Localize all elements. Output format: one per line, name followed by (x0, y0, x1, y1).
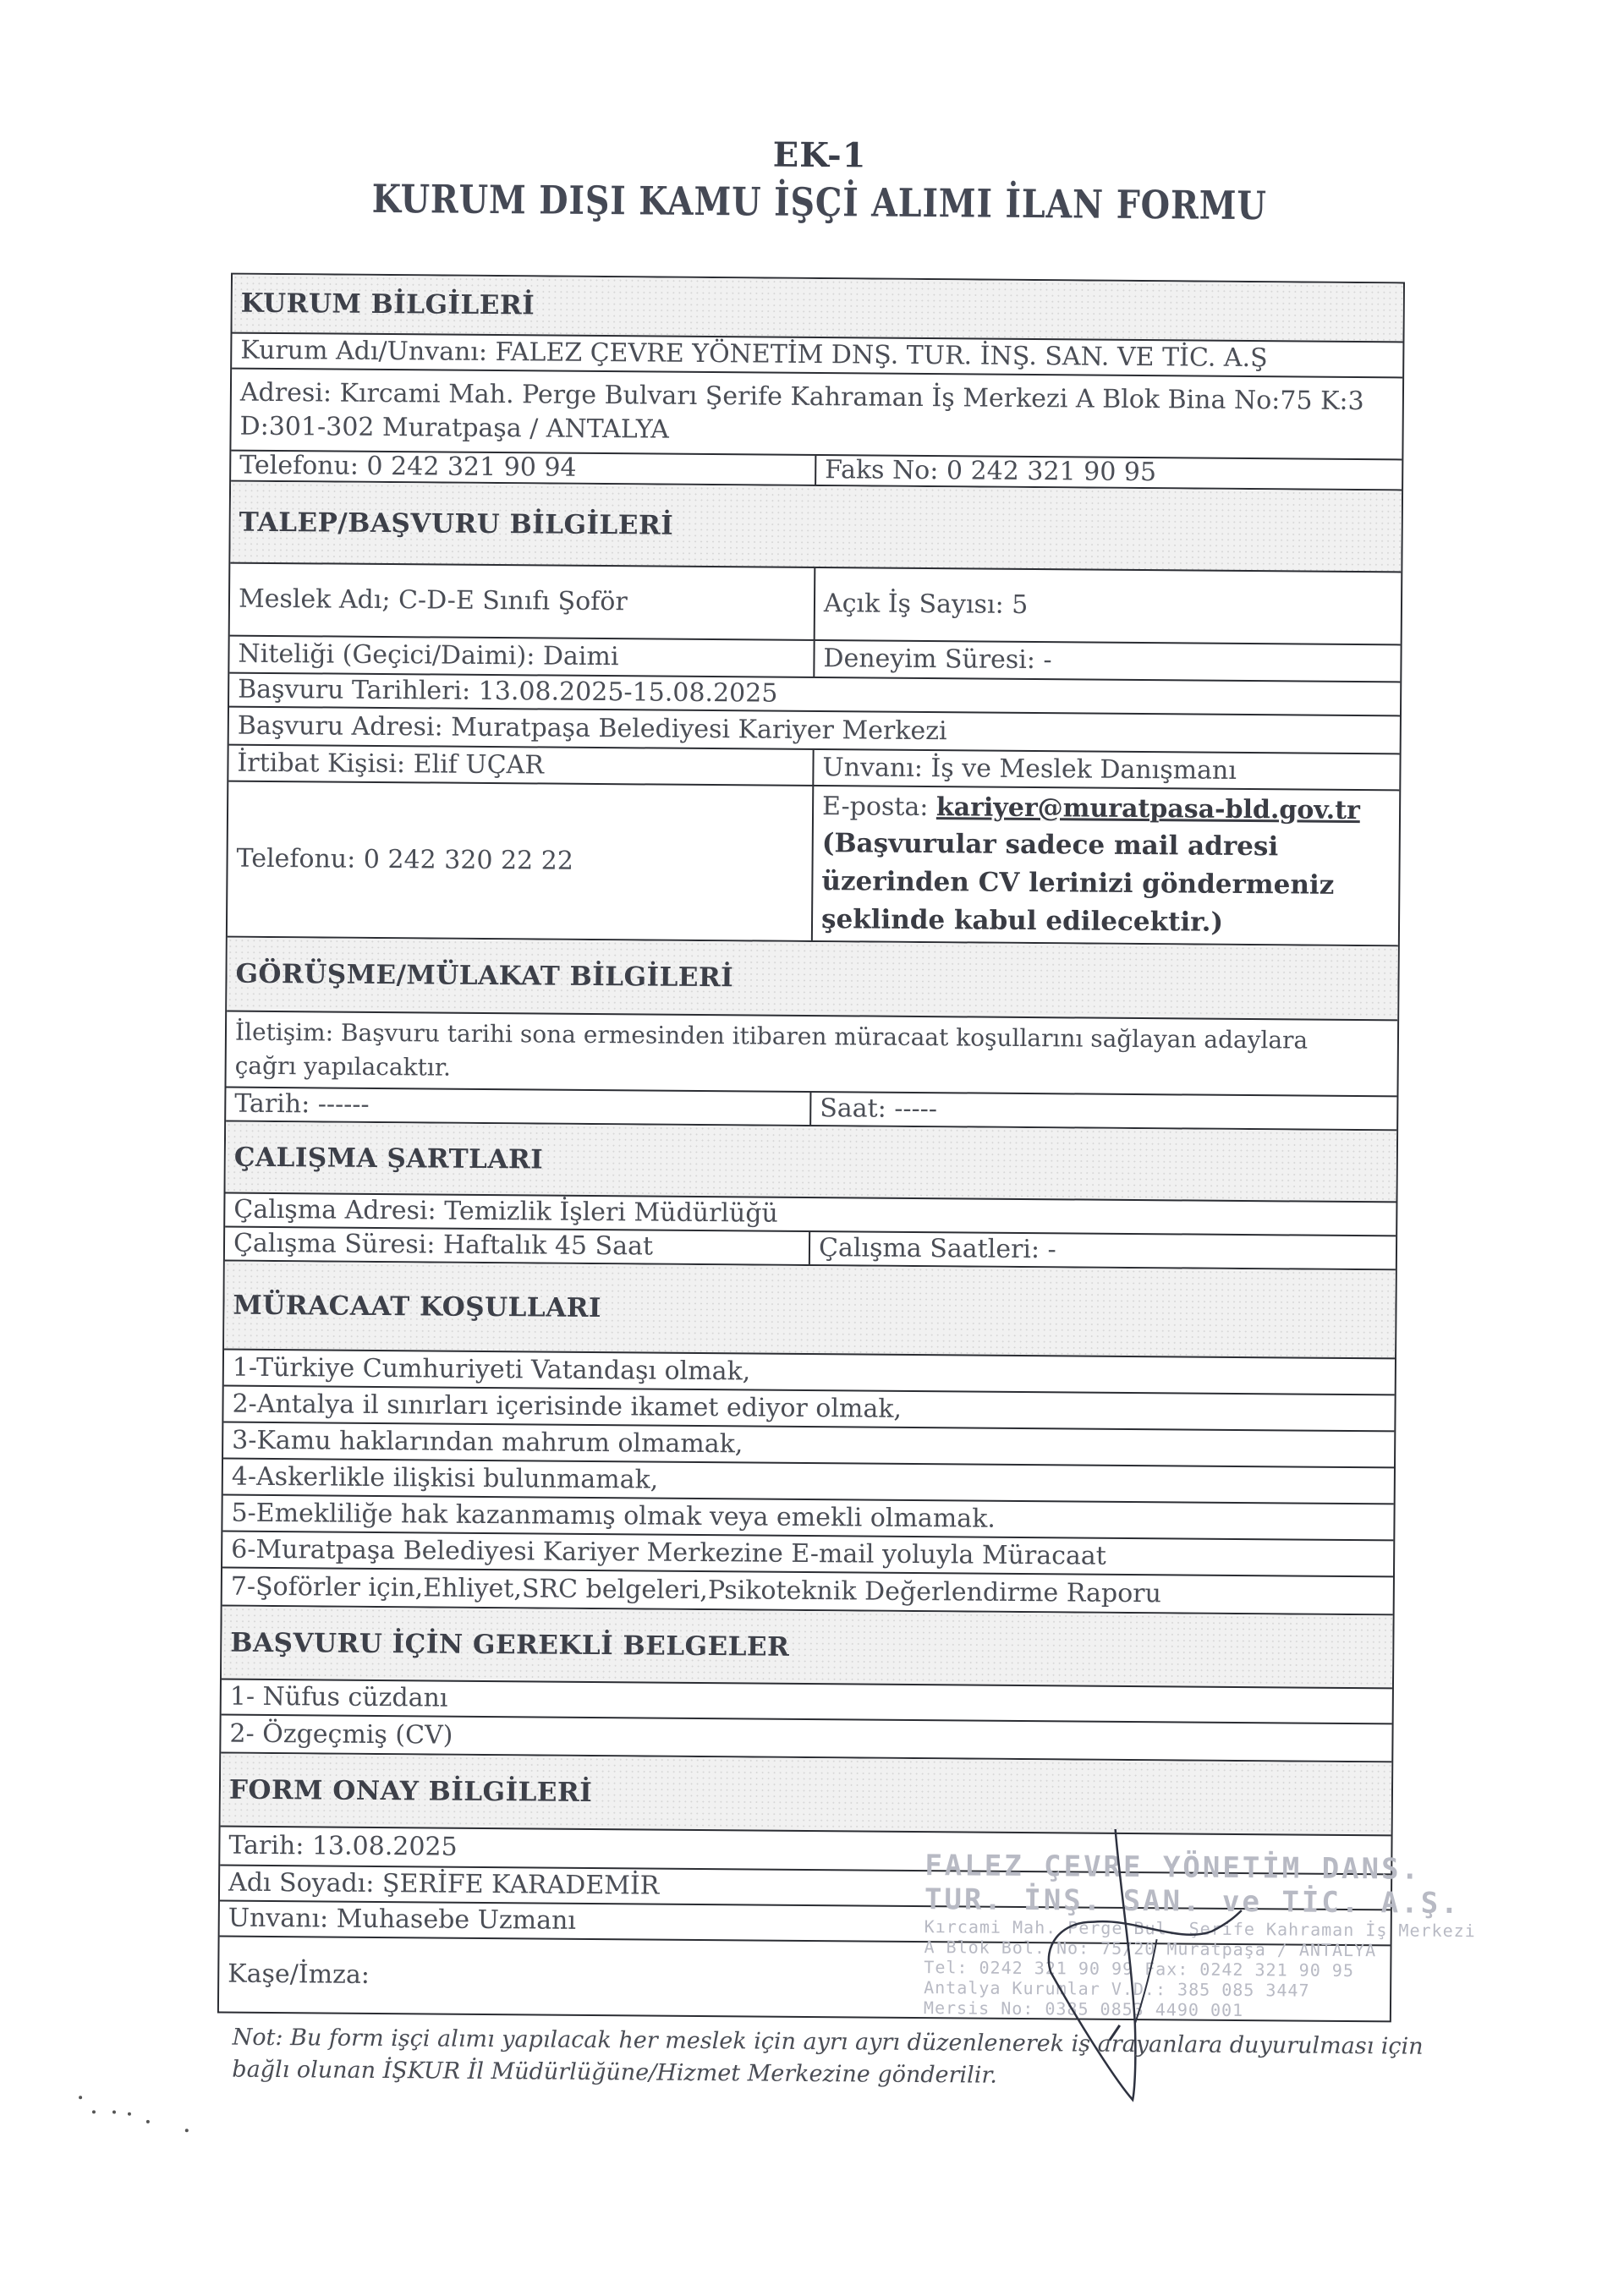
contact-person: İrtibat Kişisi: Elif UÇAR (228, 746, 814, 785)
section-title: ÇALIŞMA ŞARTLARI (226, 1122, 1397, 1202)
row-institution-address: Adresi: Kırcami Mah. Perge Bulvarı Şerif… (231, 370, 1402, 461)
email-label: E-posta: (822, 792, 936, 822)
job-nature: Niteliği (Geçici/Daimi): Daimi (229, 637, 815, 677)
row-contact-phone-email: Telefonu: 0 242 320 22 22 E-posta: kariy… (228, 782, 1399, 947)
section-title: FORM ONAY BİLGİLERİ (221, 1754, 1392, 1835)
contact-email-block: E-posta: kariyer@muratpasa-bld.gov.tr (B… (813, 786, 1399, 945)
announcement-form-table: KURUM BİLGİLERİ Kurum Adı/Unvanı: FALEZ … (217, 273, 1405, 2023)
section-title: GÖRÜŞME/MÜLAKAT BİLGİLERİ (227, 938, 1398, 1020)
document-page: EK-1 KURUM DIŞI KAMU İŞÇİ ALIMI İLAN FOR… (0, 0, 1624, 2296)
section-calisma-header: ÇALIŞMA ŞARTLARI (225, 1122, 1396, 1203)
stamp-line-1: FALEZ ÇEVRE YÖNETİM DANS. (924, 1849, 1364, 1886)
contact-phone: Telefonu: 0 242 320 22 22 (228, 782, 814, 940)
scan-artifact (77, 2091, 229, 2143)
institution-fax: Faks No: 0 242 321 90 95 (816, 456, 1402, 489)
stamp-line-2: TUR. İNŞ. SAN. ve TİC. A.Ş. (924, 1882, 1364, 1920)
section-onay-header: FORM ONAY BİLGİLERİ (221, 1754, 1392, 1837)
email-note-line-2: üzerinden CV lerinizi göndermeniz (821, 863, 1334, 905)
form-title: KURUM DIŞI KAMU İŞÇİ ALIMI İLAN FORMU (121, 174, 1518, 231)
open-positions: Açık İş Sayısı: 5 (815, 568, 1402, 644)
email-note-line-1: (Başvurular sadece mail adresi (822, 825, 1279, 866)
contact-title: Unvanı: İş ve Meslek Danışmanı (814, 750, 1399, 789)
section-talep-header: TALEP/BAŞVURU BİLGİLERİ (230, 482, 1402, 573)
section-title: KURUM BİLGİLERİ (232, 275, 1402, 342)
footnote: Not: Bu form işçi alımı yapılacak her me… (232, 2022, 1434, 2096)
work-hours: Çalışma Saatleri: - (810, 1232, 1396, 1269)
section-belgeler-header: BAŞVURU İÇİN GEREKLİ BELGELER (222, 1607, 1393, 1690)
interview-contact-line-2: çağrı yapılacaktır. (235, 1049, 452, 1085)
section-title: BAŞVURU İÇİN GEREKLİ BELGELER (222, 1607, 1393, 1688)
address-line-2: D:301-302 Muratpaşa / ANTALYA (239, 409, 669, 447)
interview-time: Saat: ----- (811, 1093, 1396, 1129)
occupation-name: Meslek Adı; C-D-E Sınıfı Şoför (230, 564, 816, 639)
company-stamp: FALEZ ÇEVRE YÖNETİM DANS. TUR. İNŞ. SAN.… (924, 1849, 1365, 2030)
email-line: E-posta: kariyer@muratpasa-bld.gov.tr (822, 789, 1360, 829)
section-kurum-header: KURUM BİLGİLERİ (232, 275, 1403, 343)
section-muracaat-header: MÜRACAAT KOŞULLARI (224, 1262, 1396, 1360)
interview-date: Tarih: ------ (226, 1088, 811, 1125)
institution-address: Adresi: Kırcami Mah. Perge Bulvarı Şerif… (231, 370, 1402, 459)
row-occupation: Meslek Adı; C-D-E Sınıfı Şoför Açık İş S… (230, 564, 1402, 646)
email-link[interactable]: kariyer@muratpasa-bld.gov.tr (936, 792, 1360, 825)
row-interview-contact: İletişim: Başvuru tarihi sona ermesinden… (226, 1012, 1397, 1098)
experience-duration: Deneyim Süresi: - (815, 641, 1400, 681)
institution-phone: Telefonu: 0 242 321 90 94 (231, 452, 816, 485)
email-note-line-3: şeklinde kabul edilecektir.) (821, 901, 1223, 942)
section-title: TALEP/BAŞVURU BİLGİLERİ (230, 482, 1402, 572)
annex-label: EK-1 (8, 129, 1624, 181)
work-duration: Çalışma Süresi: Haftalık 45 Saat (225, 1228, 810, 1264)
section-title: MÜRACAAT KOŞULLARI (224, 1262, 1396, 1358)
interview-contact: İletişim: Başvuru tarihi sona ermesinden… (226, 1012, 1397, 1096)
stamp-line-7: Mersis No: 0385 0853 4490 001 (924, 1997, 1363, 2021)
section-gorusme-header: GÖRÜŞME/MÜLAKAT BİLGİLERİ (227, 938, 1398, 1022)
